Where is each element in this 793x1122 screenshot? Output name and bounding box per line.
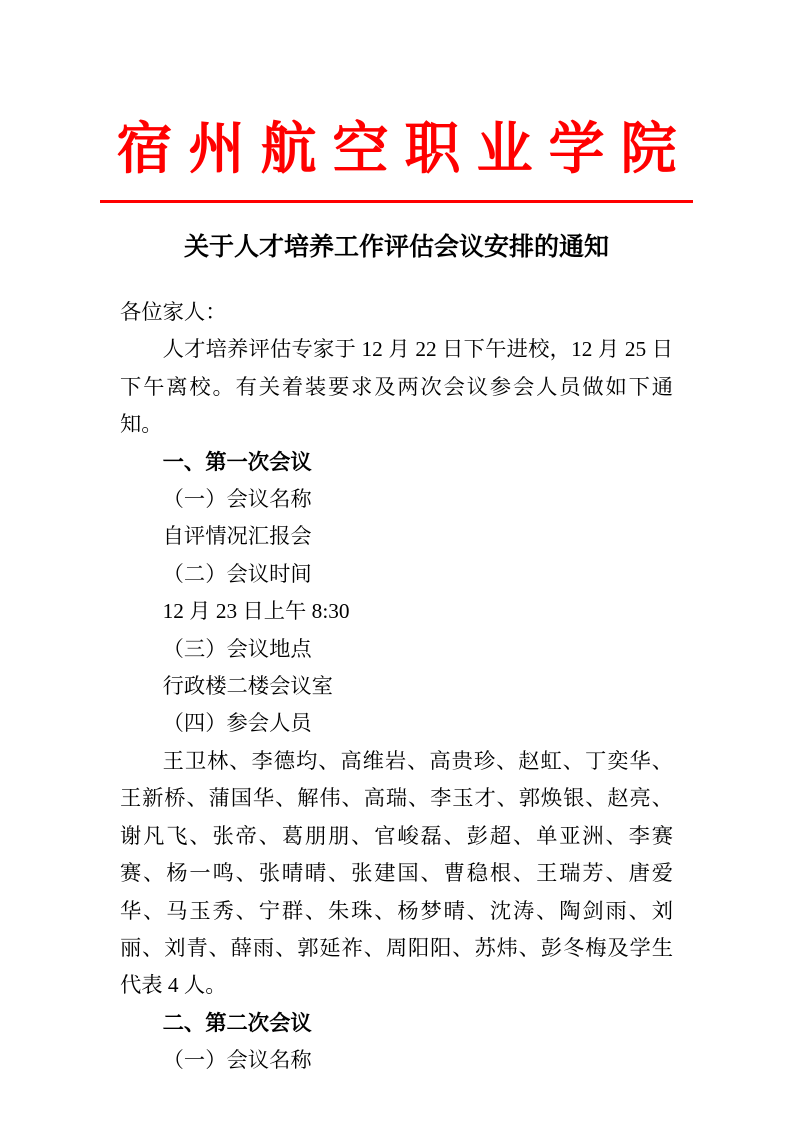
meeting-1-location-label: （三）会议地点 (120, 631, 673, 668)
meeting-1-time-value: 12 月 23 日上午 8:30 (120, 593, 673, 630)
meeting-1-attendees-value: 王卫林、李德均、高维岩、高贵珍、赵虹、丁奕华、王新桥、蒲国华、解伟、高瑞、李玉才… (120, 743, 673, 1005)
meeting-1-name-label: （一）会议名称 (120, 481, 673, 518)
intro-paragraph: 人才培养评估专家于 12 月 22 日下午进校，12 月 25 日下午离校。有关… (120, 331, 673, 443)
document-title: 关于人才培养工作评估会议安排的通知 (0, 233, 793, 263)
meeting-1-name-value: 自评情况汇报会 (120, 518, 673, 555)
section-2-heading: 二、第二次会议 (120, 1005, 673, 1042)
meeting-1-location-value: 行政楼二楼会议室 (120, 668, 673, 705)
section-1-heading: 一、第一次会议 (120, 444, 673, 481)
meeting-1-attendees-label: （四）参会人员 (120, 705, 673, 742)
letterhead-divider (100, 200, 693, 203)
school-letterhead: 宿州航空职业学院 (0, 112, 793, 188)
salutation: 各位家人： (120, 294, 673, 331)
meeting-1-time-label: （二）会议时间 (120, 556, 673, 593)
meeting-2-name-label: （一）会议名称 (120, 1042, 673, 1079)
notice-page: 宿州航空职业学院 关于人才培养工作评估会议安排的通知 各位家人： 人才培养评估专… (0, 0, 793, 1122)
document-body: 各位家人： 人才培养评估专家于 12 月 22 日下午进校，12 月 25 日下… (120, 294, 673, 1080)
